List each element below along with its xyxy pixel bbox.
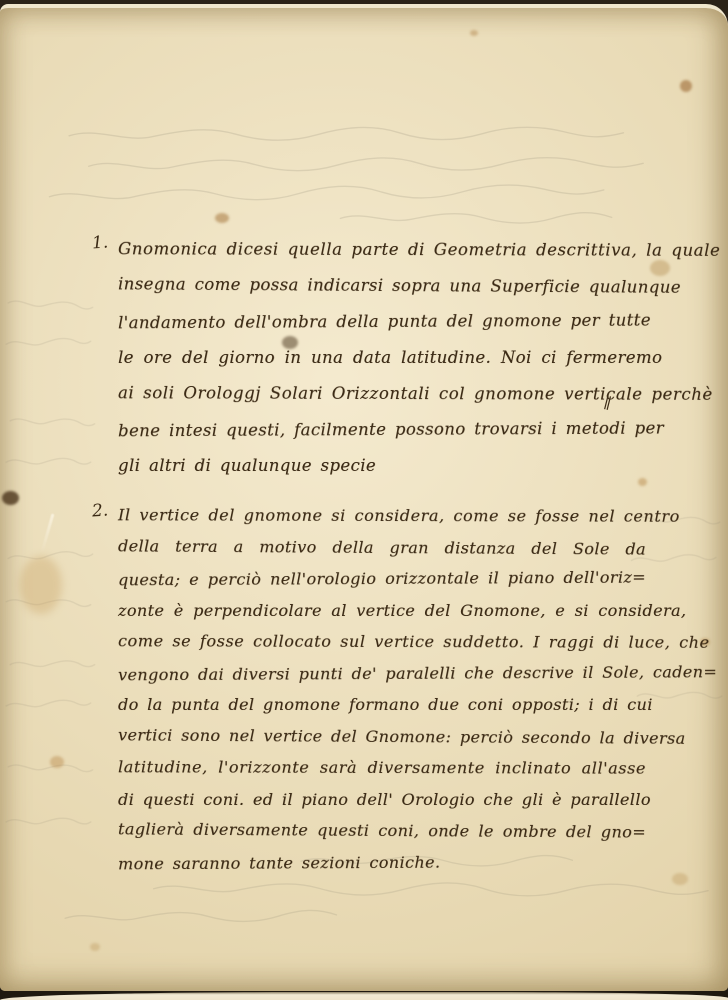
text-line: Il vertice del gnomone si considera, com… [118, 499, 646, 532]
text-line: della terra a motivo della gran distanza… [118, 530, 646, 565]
text-line: come se fosse collocato sul vertice sudd… [118, 625, 646, 658]
manuscript-page: 1. Gnomonica dicesi quella parte di Geom… [0, 4, 728, 991]
text-line: insegna come possa indicarsi sopra una S… [118, 266, 646, 305]
foxing-stain [90, 943, 100, 951]
underlying-page-edge [0, 992, 728, 1000]
text-line: gli altri di qualunque specie [118, 448, 646, 484]
text-line: latitudine, l'orizzonte sarà diversament… [118, 751, 646, 784]
text-line: questa; e perciò nell'orologio orizzonta… [118, 562, 646, 596]
text-line: di questi coni. ed il piano dell' Orolog… [118, 784, 646, 816]
text-line: vertici sono nel vertice del Gnomone: pe… [118, 719, 646, 754]
text-line: do la punta del gnomone formano due coni… [118, 689, 646, 721]
foxing-stain [215, 213, 229, 223]
foxing-stain [680, 80, 692, 92]
text-line: vengono dai diversi punti de' paralelli … [118, 656, 646, 690]
foxing-stain [50, 756, 64, 768]
paragraph-2: 2. Il vertice del gnomone si considera, … [118, 500, 646, 878]
text-line: mone saranno tante sezioni coniche. [118, 845, 646, 879]
text-line: Gnomonica dicesi quella parte di Geometr… [118, 231, 646, 268]
paragraph-1: 1. Gnomonica dicesi quella parte di Geom… [118, 232, 646, 484]
text-line: zonte è perpendicolare al vertice del Gn… [118, 595, 646, 627]
tan-blotch [20, 556, 62, 614]
text-line: bene intesi questi, facilmente possono t… [118, 411, 646, 450]
dark-stain [2, 491, 19, 505]
text-line: le ore del giorno in una data latitudine… [118, 340, 646, 376]
foxing-stain [672, 873, 688, 885]
paragraph-2-number: 2. [91, 500, 109, 521]
paragraph-1-number: 1. [91, 232, 109, 253]
foxing-stain [470, 30, 478, 36]
text-line: l'andamento dell'ombra della punta del g… [118, 303, 646, 342]
text-line: ai soli Orologgj Solari Orizzontali col … [118, 375, 646, 412]
photo-background: 1. Gnomonica dicesi quella parte di Geom… [0, 0, 728, 1000]
text-line: taglierà diversamente questi coni, onde … [118, 813, 646, 848]
foxing-stain [650, 260, 670, 276]
